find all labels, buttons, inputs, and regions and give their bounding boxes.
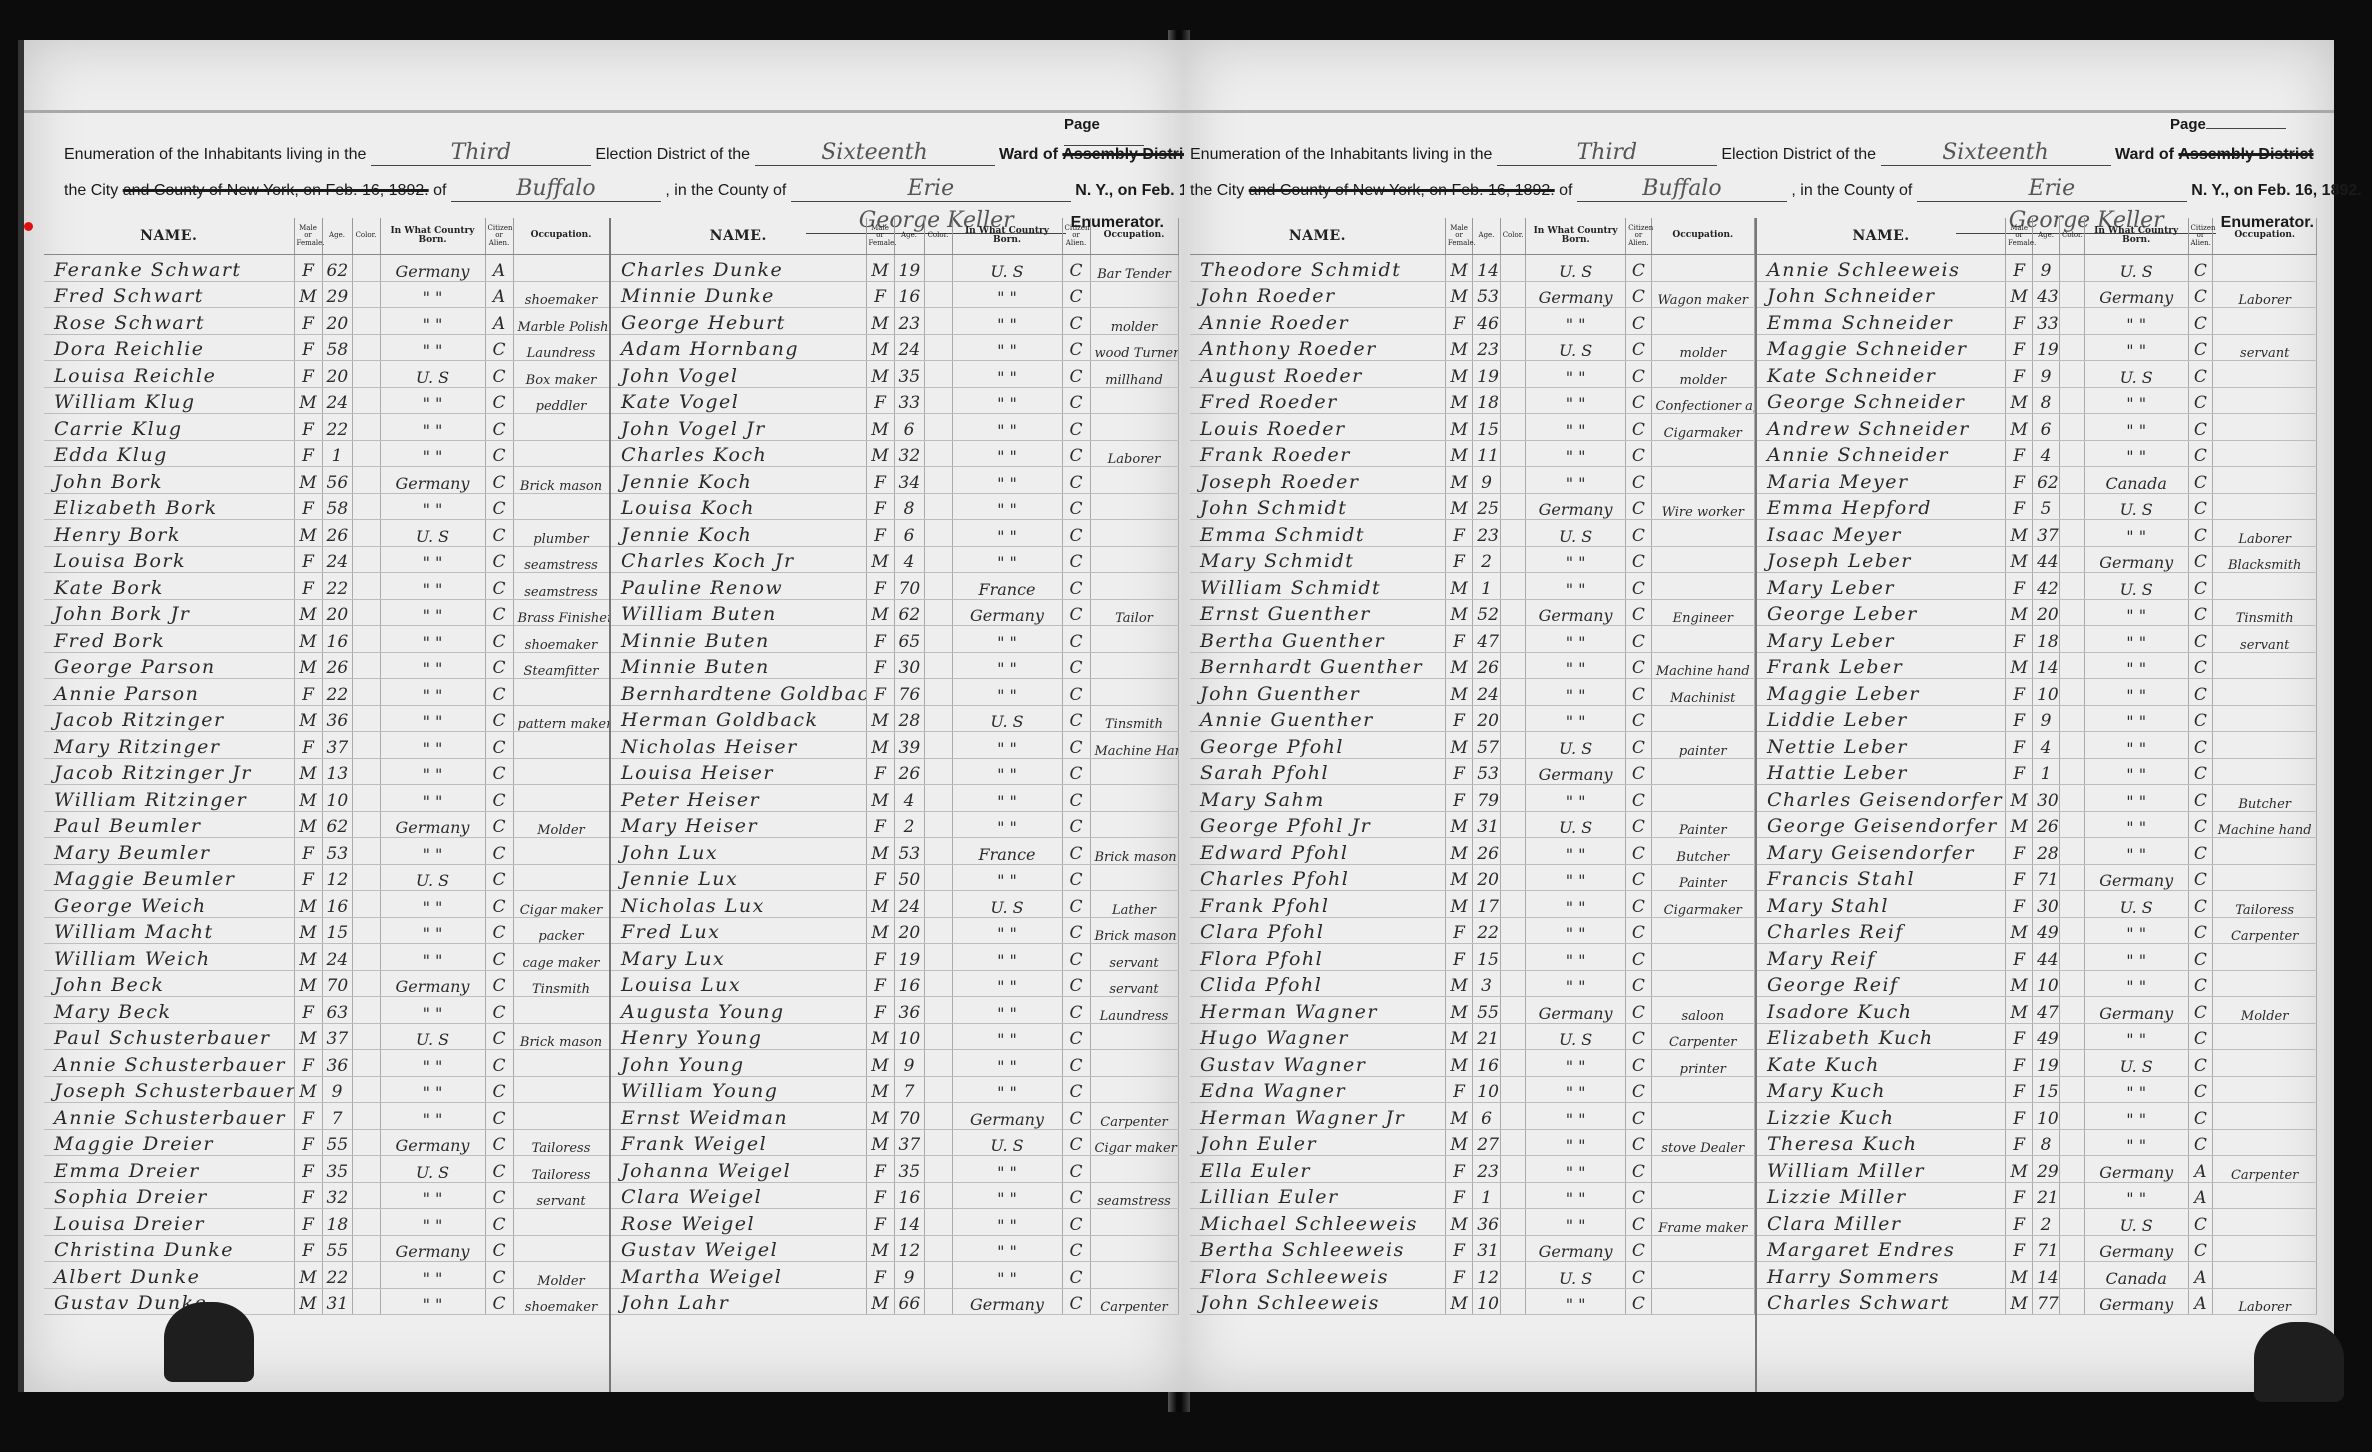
cell-sex: M bbox=[866, 414, 894, 441]
cell-color bbox=[924, 1050, 952, 1077]
table-row: Annie GuentherF20" "C bbox=[1190, 705, 1755, 732]
cell-name: Frank Weigel bbox=[611, 1129, 866, 1156]
page-top-margin bbox=[24, 40, 1184, 113]
cell-name: Rose Schwart bbox=[44, 308, 294, 335]
cell-country: " " bbox=[2084, 785, 2188, 812]
cell-occupation: Tailoress bbox=[513, 1156, 609, 1183]
table-row: Nicholas HeiserM39" "CMachine Hand bbox=[611, 732, 1178, 759]
cell-name: Bertha Guenther bbox=[1190, 626, 1445, 653]
cell-occupation: Lather bbox=[1090, 891, 1178, 918]
cell-citizen: C bbox=[1626, 361, 1651, 388]
cell-citizen: C bbox=[1626, 1156, 1651, 1183]
cell-sex: M bbox=[866, 334, 894, 361]
col-country: In What Country Born. bbox=[2084, 218, 2188, 255]
cell-occupation: Wire worker bbox=[1651, 493, 1754, 520]
cell-citizen: C bbox=[2188, 997, 2213, 1024]
cell-citizen: C bbox=[485, 414, 513, 441]
cell-age: 43 bbox=[2033, 281, 2060, 308]
cell-occupation: seamstress bbox=[513, 573, 609, 600]
cell-color bbox=[1500, 891, 1525, 918]
cell-name: Mary Geisendorfer bbox=[1757, 838, 2006, 865]
cell-name: William Weich bbox=[44, 944, 294, 971]
cell-name: Gustav Wagner bbox=[1190, 1050, 1445, 1077]
cell-occupation: Machine Hand bbox=[1090, 732, 1178, 759]
cell-sex: M bbox=[1445, 1288, 1472, 1315]
cell-name: Elizabeth Bork bbox=[44, 493, 294, 520]
cell-age: 30 bbox=[894, 652, 924, 679]
cell-country: U. S bbox=[1526, 732, 1626, 759]
cell-citizen: C bbox=[1626, 864, 1651, 891]
cell-name: Frank Pfohl bbox=[1190, 891, 1445, 918]
cell-citizen: C bbox=[2188, 467, 2213, 494]
cell-sex: F bbox=[1445, 944, 1472, 971]
cell-sex: F bbox=[2006, 255, 2033, 282]
cell-age: 2 bbox=[1473, 546, 1500, 573]
cell-color bbox=[924, 785, 952, 812]
cell-color bbox=[1500, 864, 1525, 891]
cell-citizen: C bbox=[1626, 334, 1651, 361]
cell-sex: F bbox=[2006, 1023, 2033, 1050]
cell-sex: M bbox=[294, 520, 322, 547]
cell-color bbox=[352, 970, 380, 997]
cell-citizen: C bbox=[485, 1209, 513, 1236]
cell-sex: M bbox=[1445, 1103, 1472, 1130]
cell-name: Liddie Leber bbox=[1757, 705, 2006, 732]
cell-occupation: packer bbox=[513, 917, 609, 944]
census-table: NAME. Male or Female. Age. Color. In Wha… bbox=[1190, 218, 1755, 1315]
cell-color bbox=[1500, 1103, 1525, 1130]
cell-color bbox=[2060, 679, 2085, 706]
cell-name: Nicholas Heiser bbox=[611, 732, 866, 759]
cell-occupation bbox=[1090, 387, 1178, 414]
cell-sex: F bbox=[866, 387, 894, 414]
cell-citizen: C bbox=[1626, 705, 1651, 732]
cell-color bbox=[2060, 520, 2085, 547]
cell-sex: F bbox=[2006, 838, 2033, 865]
cell-name: George Pfohl bbox=[1190, 732, 1445, 759]
cell-color bbox=[2060, 1156, 2085, 1183]
cell-color bbox=[352, 1156, 380, 1183]
cell-sex: M bbox=[1445, 1023, 1472, 1050]
cell-name: Charles Dunke bbox=[611, 255, 866, 282]
cell-name: William Klug bbox=[44, 387, 294, 414]
cell-country: U. S bbox=[2084, 573, 2188, 600]
cell-citizen: C bbox=[485, 1076, 513, 1103]
cell-occupation bbox=[2213, 255, 2317, 282]
cell-sex: M bbox=[1445, 255, 1472, 282]
cell-sex: M bbox=[294, 387, 322, 414]
cell-country: " " bbox=[2084, 599, 2188, 626]
cell-occupation bbox=[513, 864, 609, 891]
cell-name: Jennie Lux bbox=[611, 864, 866, 891]
table-row: Maggie SchneiderF19" "Cservant bbox=[1757, 334, 2317, 361]
cell-age: 26 bbox=[322, 520, 352, 547]
census-date: N. Y., on Feb. 16, 1892. bbox=[2191, 182, 2361, 199]
county-value: Erie bbox=[1917, 176, 2187, 202]
table-row: John Bork JrM20" "CBrass Finisher bbox=[44, 599, 609, 626]
cell-country: Germany bbox=[952, 599, 1062, 626]
cell-color bbox=[1500, 970, 1525, 997]
cell-color bbox=[352, 599, 380, 626]
cell-occupation: wood Turner bbox=[1090, 334, 1178, 361]
cell-name: August Roeder bbox=[1190, 361, 1445, 388]
table-row: William MillerM29GermanyACarpenter bbox=[1757, 1156, 2317, 1183]
cell-name: Theresa Kuch bbox=[1757, 1129, 2006, 1156]
cell-occupation: Molder bbox=[513, 1262, 609, 1289]
cell-sex: F bbox=[294, 334, 322, 361]
cell-age: 6 bbox=[894, 414, 924, 441]
cell-age: 77 bbox=[2033, 1288, 2060, 1315]
cell-age: 71 bbox=[2033, 1235, 2060, 1262]
cell-citizen: C bbox=[2188, 679, 2213, 706]
cell-name: Herman Wagner bbox=[1190, 997, 1445, 1024]
table-row: George ReifM10" "C bbox=[1757, 970, 2317, 997]
cell-name: Fred Lux bbox=[611, 917, 866, 944]
cell-occupation: servant bbox=[1090, 970, 1178, 997]
cell-country: " " bbox=[2084, 944, 2188, 971]
cell-occupation bbox=[2213, 1023, 2317, 1050]
cell-color bbox=[1500, 1182, 1525, 1209]
cell-citizen: C bbox=[1626, 308, 1651, 335]
cell-country: Germany bbox=[1526, 1235, 1626, 1262]
cell-country: " " bbox=[1526, 573, 1626, 600]
cell-age: 18 bbox=[1473, 387, 1500, 414]
table-row: George ParsonM26" "CSteamfitter bbox=[44, 652, 609, 679]
cell-occupation: Cigarmaker bbox=[1651, 891, 1754, 918]
cell-age: 62 bbox=[322, 811, 352, 838]
cell-age: 36 bbox=[1473, 1209, 1500, 1236]
cell-country: " " bbox=[1526, 1182, 1626, 1209]
cell-occupation: Painter bbox=[1651, 864, 1754, 891]
table-row: Charles PfohlM20" "CPainter bbox=[1190, 864, 1755, 891]
cell-color bbox=[924, 546, 952, 573]
cell-sex: M bbox=[294, 705, 322, 732]
cell-country: " " bbox=[1526, 1288, 1626, 1315]
cell-citizen: C bbox=[1062, 917, 1090, 944]
cell-citizen: C bbox=[1626, 1209, 1651, 1236]
cell-sex: F bbox=[2006, 1103, 2033, 1130]
cell-sex: M bbox=[866, 1288, 894, 1315]
table-body: Annie SchleeweisF9U. SCJohn SchneiderM43… bbox=[1757, 255, 2317, 1315]
cell-country: " " bbox=[380, 573, 485, 600]
cell-citizen: C bbox=[1062, 758, 1090, 785]
cell-age: 29 bbox=[322, 281, 352, 308]
cell-color bbox=[924, 520, 952, 547]
cell-color bbox=[2060, 1076, 2085, 1103]
cell-name: Mary Stahl bbox=[1757, 891, 2006, 918]
cell-occupation: seamstress bbox=[513, 546, 609, 573]
col-citizen: Citizen or Alien. bbox=[1062, 218, 1090, 255]
cell-citizen: C bbox=[485, 361, 513, 388]
cell-citizen: C bbox=[485, 546, 513, 573]
table-row: John LuxM53FranceCBrick mason bbox=[611, 838, 1178, 865]
table-row: Charles DunkeM19U. SCBar Tender bbox=[611, 255, 1178, 282]
cell-country: " " bbox=[1526, 652, 1626, 679]
cell-sex: F bbox=[2006, 440, 2033, 467]
cell-name: John Vogel Jr bbox=[611, 414, 866, 441]
cell-occupation: Engineer bbox=[1651, 599, 1754, 626]
cell-age: 63 bbox=[322, 997, 352, 1024]
cell-sex: M bbox=[1445, 652, 1472, 679]
city-value: Buffalo bbox=[1577, 176, 1787, 202]
cell-citizen: C bbox=[1626, 679, 1651, 706]
cell-sex: M bbox=[2006, 414, 2033, 441]
cell-occupation: Carpenter bbox=[2213, 1156, 2317, 1183]
table-row: Paul BeumlerM62GermanyCMolder bbox=[44, 811, 609, 838]
cell-sex: M bbox=[1445, 414, 1472, 441]
cell-country: U. S bbox=[952, 255, 1062, 282]
cell-age: 26 bbox=[894, 758, 924, 785]
cell-sex: M bbox=[2006, 520, 2033, 547]
cell-occupation: Machine hand bbox=[1651, 652, 1754, 679]
table-row: Annie SchleeweisF9U. SC bbox=[1757, 255, 2317, 282]
cell-color bbox=[352, 493, 380, 520]
cell-country: " " bbox=[380, 440, 485, 467]
cell-age: 20 bbox=[2033, 599, 2060, 626]
cell-citizen: C bbox=[485, 626, 513, 653]
cell-occupation bbox=[1090, 1262, 1178, 1289]
col-color: Color. bbox=[1500, 218, 1525, 255]
cell-color bbox=[924, 626, 952, 653]
cell-age: 16 bbox=[1473, 1050, 1500, 1077]
table-row: Edda KlugF1" "C bbox=[44, 440, 609, 467]
table-row: Mary StahlF30U. SCTailoress bbox=[1757, 891, 2317, 918]
cell-occupation bbox=[1090, 785, 1178, 812]
cell-sex: M bbox=[294, 1023, 322, 1050]
cell-name: Emma Hepford bbox=[1757, 493, 2006, 520]
cell-country: Germany bbox=[380, 1129, 485, 1156]
cell-color bbox=[2060, 1129, 2085, 1156]
cell-occupation bbox=[1651, 520, 1754, 547]
cell-citizen: C bbox=[2188, 1235, 2213, 1262]
cell-age: 70 bbox=[894, 573, 924, 600]
cell-sex: M bbox=[294, 1288, 322, 1315]
cell-age: 10 bbox=[322, 785, 352, 812]
table-row: Liddie LeberF9" "C bbox=[1757, 705, 2317, 732]
cell-color bbox=[924, 838, 952, 865]
cell-name: Charles Schwart bbox=[1757, 1288, 2006, 1315]
cell-citizen: C bbox=[1062, 414, 1090, 441]
table-row: William KlugM24" "Cpeddler bbox=[44, 387, 609, 414]
cell-citizen: C bbox=[485, 1262, 513, 1289]
cell-citizen: C bbox=[2188, 1103, 2213, 1130]
cell-name: Mary Ritzinger bbox=[44, 732, 294, 759]
cell-color bbox=[1500, 361, 1525, 388]
cell-age: 8 bbox=[894, 493, 924, 520]
cell-occupation: Laborer bbox=[1090, 440, 1178, 467]
header-text: the City bbox=[64, 182, 118, 199]
cell-age: 53 bbox=[894, 838, 924, 865]
cell-country: U. S bbox=[2084, 493, 2188, 520]
cell-country: " " bbox=[380, 652, 485, 679]
table-row: Bertha SchleeweisF31GermanyC bbox=[1190, 1235, 1755, 1262]
cell-citizen: C bbox=[1062, 626, 1090, 653]
cell-country: " " bbox=[1526, 679, 1626, 706]
cell-name: George Weich bbox=[44, 891, 294, 918]
col-sex: Male or Female. bbox=[2006, 218, 2033, 255]
cell-country: " " bbox=[1526, 864, 1626, 891]
cell-occupation: servant bbox=[2213, 334, 2317, 361]
cell-age: 31 bbox=[1473, 1235, 1500, 1262]
cell-country: Germany bbox=[380, 811, 485, 838]
cell-name: Hattie Leber bbox=[1757, 758, 2006, 785]
cell-color bbox=[924, 414, 952, 441]
cell-age: 10 bbox=[894, 1023, 924, 1050]
cell-age: 20 bbox=[322, 308, 352, 335]
cell-color bbox=[352, 1129, 380, 1156]
cell-age: 9 bbox=[1473, 467, 1500, 494]
cell-age: 31 bbox=[322, 1288, 352, 1315]
table-row: Mary GeisendorferF28" "C bbox=[1757, 838, 2317, 865]
cell-age: 28 bbox=[2033, 838, 2060, 865]
cell-occupation bbox=[2213, 414, 2317, 441]
cell-country: " " bbox=[952, 1076, 1062, 1103]
cell-age: 13 bbox=[322, 758, 352, 785]
cell-name: William Young bbox=[611, 1076, 866, 1103]
cell-country: " " bbox=[2084, 334, 2188, 361]
col-occupation: Occupation. bbox=[1090, 218, 1178, 255]
cell-name: Annie Parson bbox=[44, 679, 294, 706]
cell-name: Louis Roeder bbox=[1190, 414, 1445, 441]
cell-color bbox=[352, 1023, 380, 1050]
cell-sex: F bbox=[294, 493, 322, 520]
cell-name: Emma Schmidt bbox=[1190, 520, 1445, 547]
cell-occupation: Tinsmith bbox=[2213, 599, 2317, 626]
cell-color bbox=[2060, 785, 2085, 812]
cell-occupation bbox=[2213, 1103, 2317, 1130]
table-row: William RitzingerM10" "C bbox=[44, 785, 609, 812]
table-row: Lizzie KuchF10" "C bbox=[1757, 1103, 2317, 1130]
cell-sex: F bbox=[1445, 520, 1472, 547]
cell-name: Martha Weigel bbox=[611, 1262, 866, 1289]
cell-name: Gustav Weigel bbox=[611, 1235, 866, 1262]
cell-country: " " bbox=[1526, 944, 1626, 971]
cell-occupation: Laundress bbox=[513, 334, 609, 361]
col-name: NAME. bbox=[1757, 218, 2006, 255]
table-row: Albert DunkeM22" "CMolder bbox=[44, 1262, 609, 1289]
cell-name: Nicholas Lux bbox=[611, 891, 866, 918]
cell-age: 16 bbox=[894, 970, 924, 997]
table-row: Ella EulerF23" "C bbox=[1190, 1156, 1755, 1183]
cell-occupation: Bar Tender bbox=[1090, 255, 1178, 282]
cell-country: " " bbox=[952, 334, 1062, 361]
cell-occupation: Laborer bbox=[2213, 1288, 2317, 1315]
cell-name: Lizzie Miller bbox=[1757, 1182, 2006, 1209]
cell-sex: F bbox=[294, 997, 322, 1024]
col-occupation: Occupation. bbox=[513, 218, 609, 255]
header-text: the City bbox=[1190, 182, 1244, 199]
cell-age: 10 bbox=[2033, 1103, 2060, 1130]
cell-occupation: Laundress bbox=[1090, 997, 1178, 1024]
cell-citizen: C bbox=[485, 387, 513, 414]
table-row: Kate SchneiderF9U. SC bbox=[1757, 361, 2317, 388]
cell-age: 16 bbox=[894, 281, 924, 308]
cell-country: " " bbox=[380, 334, 485, 361]
cell-country: France bbox=[952, 838, 1062, 865]
table-row: Annie SchneiderF4" "C bbox=[1757, 440, 2317, 467]
cell-name: Charles Geisendorfer bbox=[1757, 785, 2006, 812]
cell-citizen: C bbox=[485, 891, 513, 918]
cell-citizen: C bbox=[1062, 1050, 1090, 1077]
cell-sex: F bbox=[294, 732, 322, 759]
cell-age: 20 bbox=[1473, 864, 1500, 891]
table-row: Emma DreierF35U. SCTailoress bbox=[44, 1156, 609, 1183]
cell-citizen: C bbox=[1626, 573, 1651, 600]
table-row: Louisa KochF8" "C bbox=[611, 493, 1178, 520]
cell-color bbox=[352, 308, 380, 335]
cell-country: " " bbox=[952, 944, 1062, 971]
cell-color bbox=[2060, 1050, 2085, 1077]
struck-text: Assembly District bbox=[2178, 146, 2313, 163]
cell-sex: M bbox=[1445, 467, 1472, 494]
cell-color bbox=[352, 440, 380, 467]
cell-age: 65 bbox=[894, 626, 924, 653]
cell-age: 37 bbox=[322, 732, 352, 759]
cell-occupation bbox=[513, 440, 609, 467]
table-row: Lizzie MillerF21" "A bbox=[1757, 1182, 2317, 1209]
cell-color bbox=[1500, 838, 1525, 865]
cell-name: Mary Schmidt bbox=[1190, 546, 1445, 573]
thumb-holding-page bbox=[164, 1302, 254, 1382]
cell-age: 36 bbox=[322, 1050, 352, 1077]
table-row: Fred SchwartM29" "Ashoemaker bbox=[44, 281, 609, 308]
cell-citizen: C bbox=[2188, 361, 2213, 388]
cell-citizen: C bbox=[485, 970, 513, 997]
cell-country: " " bbox=[952, 1235, 1062, 1262]
table-row: Theodore SchmidtM14U. SC bbox=[1190, 255, 1755, 282]
cell-color bbox=[1500, 1156, 1525, 1183]
cell-name: Dora Reichlie bbox=[44, 334, 294, 361]
cell-sex: F bbox=[294, 255, 322, 282]
col-age: Age. bbox=[894, 218, 924, 255]
table-row: John EulerM27" "Cstove Dealer bbox=[1190, 1129, 1755, 1156]
cell-color bbox=[2060, 970, 2085, 997]
table-row: Annie SchusterbauerF36" "C bbox=[44, 1050, 609, 1077]
cell-sex: F bbox=[2006, 1235, 2033, 1262]
cell-sex: M bbox=[2006, 1262, 2033, 1289]
cell-country: " " bbox=[380, 626, 485, 653]
cell-color bbox=[2060, 546, 2085, 573]
table-header-row: NAME. Male or Female. Age. Color. In Wha… bbox=[1190, 218, 1755, 255]
cell-citizen: C bbox=[1626, 1262, 1651, 1289]
cell-age: 66 bbox=[894, 1288, 924, 1315]
cell-age: 49 bbox=[2033, 1023, 2060, 1050]
cell-citizen: C bbox=[1626, 387, 1651, 414]
table-row: Henry BorkM26U. SCplumber bbox=[44, 520, 609, 547]
cell-color bbox=[924, 1103, 952, 1130]
cell-citizen: C bbox=[2188, 1023, 2213, 1050]
cell-name: John Schmidt bbox=[1190, 493, 1445, 520]
cell-citizen: C bbox=[1062, 255, 1090, 282]
cell-sex: M bbox=[866, 705, 894, 732]
cell-occupation bbox=[513, 1235, 609, 1262]
cell-color bbox=[352, 838, 380, 865]
cell-citizen: A bbox=[2188, 1156, 2213, 1183]
table-row: Lillian EulerF1" "C bbox=[1190, 1182, 1755, 1209]
cell-country: " " bbox=[1526, 838, 1626, 865]
cell-occupation bbox=[2213, 944, 2317, 971]
table-row: George GeisendorferM26" "CMachine hand bbox=[1757, 811, 2317, 838]
cell-sex: F bbox=[2006, 573, 2033, 600]
cell-occupation bbox=[1090, 811, 1178, 838]
cell-citizen: C bbox=[1626, 970, 1651, 997]
cell-occupation: Tailoress bbox=[2213, 891, 2317, 918]
cell-age: 23 bbox=[1473, 520, 1500, 547]
cell-name: Kate Schneider bbox=[1757, 361, 2006, 388]
table-row: Sophia DreierF32" "Cservant bbox=[44, 1182, 609, 1209]
cell-sex: M bbox=[294, 467, 322, 494]
cell-color bbox=[352, 546, 380, 573]
